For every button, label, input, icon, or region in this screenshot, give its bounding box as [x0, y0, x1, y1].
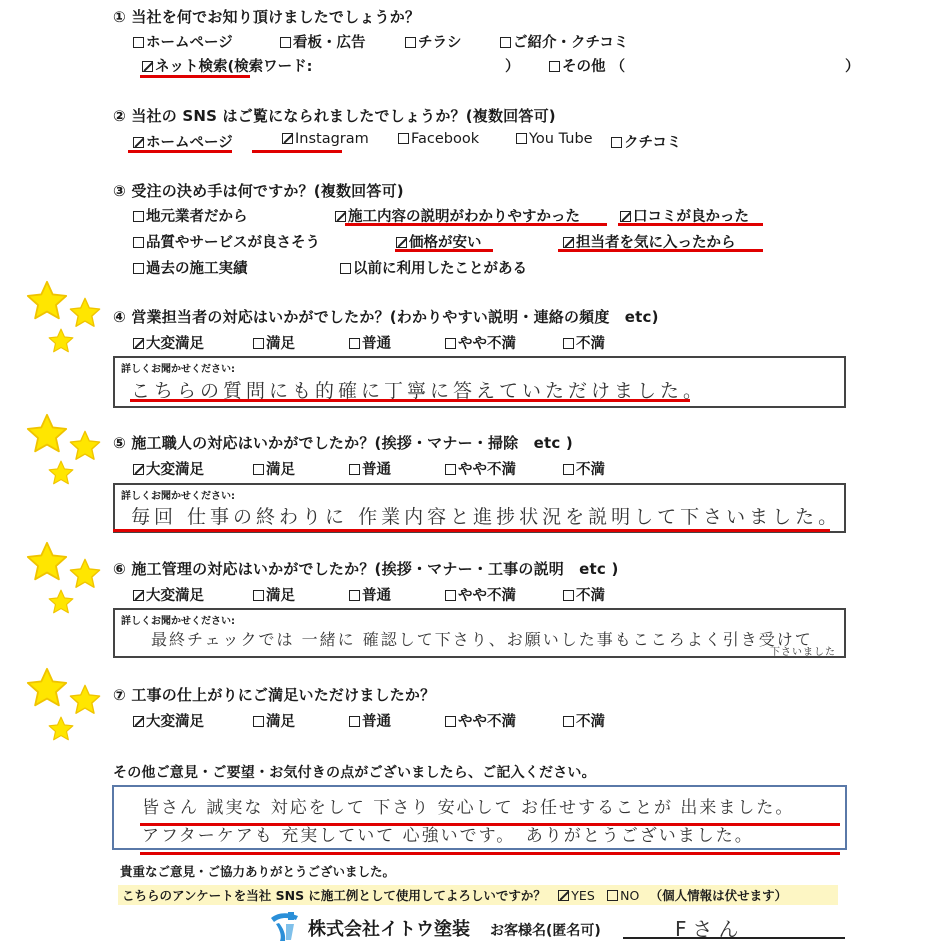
star-icon [68, 684, 102, 716]
star-icon [68, 430, 102, 462]
q6-rating-somewhat-dissatisfied[interactable]: やや不満 [445, 584, 516, 605]
detail-label: 詳しくお聞かせください: [121, 487, 235, 502]
customer-name-label: お客様名(匿名可) [490, 920, 601, 940]
red-underline [345, 223, 607, 226]
checkbox-checked[interactable] [133, 137, 144, 148]
detail-label: 詳しくお聞かせください: [121, 360, 235, 375]
checkbox[interactable] [445, 464, 456, 475]
q6-rating-satisfied[interactable]: 満足 [253, 584, 295, 605]
q6-comment-box[interactable]: 詳しくお聞かせください: 最終チェックでは 一緒に 確認して下さり、お願いした事… [113, 608, 846, 658]
checkbox[interactable] [340, 263, 351, 274]
checkbox[interactable] [398, 133, 409, 144]
q7-rating-neutral[interactable]: 普通 [349, 710, 391, 731]
company-name: 株式会社イトウ塗装 [308, 915, 470, 941]
q6-rating-very-satisfied[interactable]: 大変満足 [133, 584, 204, 605]
checkbox-checked[interactable] [396, 237, 407, 248]
star-icon [47, 460, 75, 486]
checkbox-checked[interactable] [133, 338, 144, 349]
company-logo-icon [268, 910, 302, 945]
free-comment-box[interactable]: 皆さん 誠実な 対応をして 下さり 安心して お任せすることが 出来ました。 ア… [112, 785, 847, 850]
q2-option-kuchikomi[interactable]: クチコミ [611, 131, 681, 152]
q4-title: ④ 営業担当者の対応はいかがでしたか？(わかりやすい説明・連絡の頻度 etc) [113, 306, 659, 327]
detail-label: 詳しくお聞かせください: [121, 612, 235, 627]
checkbox[interactable] [563, 338, 574, 349]
q1-option-other[interactable]: その他 （ [549, 55, 625, 76]
star-icon [25, 413, 69, 455]
q1-option-net-search[interactable]: ネット検索(検索ワード: [142, 55, 312, 76]
q4-rating-neutral[interactable]: 普通 [349, 332, 391, 353]
q3-option-quality[interactable]: 品質やサービスが良さそう [133, 231, 320, 252]
q5-rating-satisfied[interactable]: 満足 [253, 458, 295, 479]
checkbox[interactable] [349, 716, 360, 727]
q1-option-flyer[interactable]: チラシ [405, 31, 462, 52]
q1-search-word-close: ） [505, 55, 520, 76]
q7-title: ⑦ 工事の仕上がりにご満足いただけましたか？ [113, 684, 435, 705]
checkbox-checked[interactable] [563, 237, 574, 248]
star-icon [47, 589, 75, 615]
checkbox-checked[interactable] [282, 133, 293, 144]
q5-rating-neutral[interactable]: 普通 [349, 458, 391, 479]
checkbox-checked[interactable] [335, 211, 346, 222]
checkbox[interactable] [445, 716, 456, 727]
checkbox[interactable] [133, 37, 144, 48]
q1-option-homepage[interactable]: ホームページ [133, 31, 233, 52]
star-icon [25, 280, 69, 322]
checkbox[interactable] [349, 338, 360, 349]
q6-comment-text: 最終チェックでは 一緒に 確認して下さり、お願いした事もこころよく引き受けて [151, 627, 813, 650]
checkbox[interactable] [253, 464, 264, 475]
red-underline [113, 529, 830, 532]
q3-title: ③ 受注の決め手は何ですか？(複数回答可) [113, 180, 404, 201]
q3-option-local[interactable]: 地元業者だから [133, 205, 248, 226]
q1-other-close: ） [845, 55, 860, 76]
checkbox[interactable] [133, 263, 144, 274]
checkbox[interactable] [253, 338, 264, 349]
q1-title: ① 当社を何でお知り頂けましたでしょうか？ [113, 6, 420, 27]
q1-option-referral[interactable]: ご紹介・クチコミ [500, 31, 628, 52]
q3-option-past-work[interactable]: 過去の施工実績 [133, 257, 248, 278]
red-underline [128, 150, 232, 153]
q6-title: ⑥ 施工管理の対応はいかがでしたか？(挨拶・マナー・工事の説明 etc ) [113, 558, 619, 579]
sns-question: こちらのアンケートを当社 SNS に施工例として使用してよろしいですか？ [122, 888, 546, 903]
checkbox[interactable] [607, 890, 618, 901]
checkbox-checked[interactable] [558, 890, 569, 901]
q5-rating-somewhat-dissatisfied[interactable]: やや不満 [445, 458, 516, 479]
red-underline [558, 249, 763, 252]
red-underline [618, 223, 763, 226]
sns-no-option[interactable]: NO [607, 888, 639, 903]
q5-rating-dissatisfied[interactable]: 不満 [563, 458, 605, 479]
checkbox[interactable] [563, 590, 574, 601]
checkbox[interactable] [349, 590, 360, 601]
q5-rating-very-satisfied[interactable]: 大変満足 [133, 458, 204, 479]
q2-option-instagram[interactable]: Instagram [282, 131, 369, 147]
checkbox[interactable] [563, 716, 574, 727]
checkbox[interactable] [611, 137, 622, 148]
checkbox[interactable] [500, 37, 511, 48]
q5-comment-text: 毎回 仕事の終わりに 作業内容と進捗状況を説明して下さいました。 [131, 502, 841, 529]
red-underline [252, 150, 342, 153]
star-icon [68, 297, 102, 329]
checkbox[interactable] [405, 37, 416, 48]
q6-comment-text-line2: 下さいました [770, 643, 836, 658]
q5-comment-box[interactable]: 詳しくお聞かせください: 毎回 仕事の終わりに 作業内容と進捗状況を説明して下さ… [113, 483, 846, 533]
q6-rating-dissatisfied[interactable]: 不満 [563, 584, 605, 605]
free-comment-prompt: その他ご意見・ご要望・お気付きの点がございましたら、ご記入ください。 [113, 762, 596, 782]
q4-rating-somewhat-dissatisfied[interactable]: やや不満 [445, 332, 516, 353]
checkbox[interactable] [516, 133, 527, 144]
red-underline [140, 852, 840, 855]
free-comment-line1: 皆さん 誠実な 対応をして 下さり 安心して お任せすることが 出来ました。 [142, 793, 794, 818]
sns-permission-row: こちらのアンケートを当社 SNS に施工例として使用してよろしいですか？ YES… [118, 885, 838, 905]
q2-option-homepage[interactable]: ホームページ [133, 131, 233, 152]
red-underline [395, 249, 493, 252]
checkbox[interactable] [253, 590, 264, 601]
checkbox[interactable] [133, 211, 144, 222]
q4-rating-very-satisfied[interactable]: 大変満足 [133, 332, 204, 353]
star-icon [25, 667, 69, 709]
q7-rating-satisfied[interactable]: 満足 [253, 710, 295, 731]
checkbox[interactable] [349, 464, 360, 475]
q5-title: ⑤ 施工職人の対応はいかがでしたか？(挨拶・マナー・掃除 etc ) [113, 432, 573, 453]
star-icon [47, 328, 75, 354]
q4-rating-dissatisfied[interactable]: 不満 [563, 332, 605, 353]
q2-option-youtube[interactable]: You Tube [516, 131, 593, 147]
star-icon [47, 716, 75, 742]
red-underline [140, 823, 840, 826]
checkbox-checked[interactable] [142, 61, 153, 72]
q3-option-used-before[interactable]: 以前に利用したことがある [340, 257, 527, 278]
q6-rating-neutral[interactable]: 普通 [349, 584, 391, 605]
thanks-message: 貴重なご意見・ご協力ありがとうございました。 [120, 862, 395, 880]
q1-option-signboard[interactable]: 看板・広告 [280, 31, 366, 52]
checkbox-checked[interactable] [620, 211, 631, 222]
red-underline [130, 399, 690, 402]
checkbox-checked[interactable] [133, 716, 144, 727]
customer-name-value[interactable]: Fさん [675, 913, 745, 942]
red-underline [140, 75, 250, 78]
checkbox[interactable] [445, 338, 456, 349]
checkbox[interactable] [280, 37, 291, 48]
checkbox[interactable] [549, 61, 560, 72]
q2-option-facebook[interactable]: Facebook [398, 131, 479, 147]
star-icon [68, 558, 102, 590]
q7-rating-dissatisfied[interactable]: 不満 [563, 710, 605, 731]
checkbox[interactable] [253, 716, 264, 727]
q2-title: ② 当社の SNS はご覧になられましたでしょうか？(複数回答可) [113, 105, 556, 126]
checkbox-checked[interactable] [133, 464, 144, 475]
checkbox-checked[interactable] [133, 590, 144, 601]
sns-yes-option[interactable]: YES [558, 888, 594, 903]
q4-rating-satisfied[interactable]: 満足 [253, 332, 295, 353]
checkbox[interactable] [133, 237, 144, 248]
checkbox[interactable] [563, 464, 574, 475]
checkbox[interactable] [445, 590, 456, 601]
q7-rating-very-satisfied[interactable]: 大変満足 [133, 710, 204, 731]
star-icon [25, 541, 69, 583]
q7-rating-somewhat-dissatisfied[interactable]: やや不満 [445, 710, 516, 731]
privacy-note: （個人情報は伏せます） [650, 888, 788, 903]
